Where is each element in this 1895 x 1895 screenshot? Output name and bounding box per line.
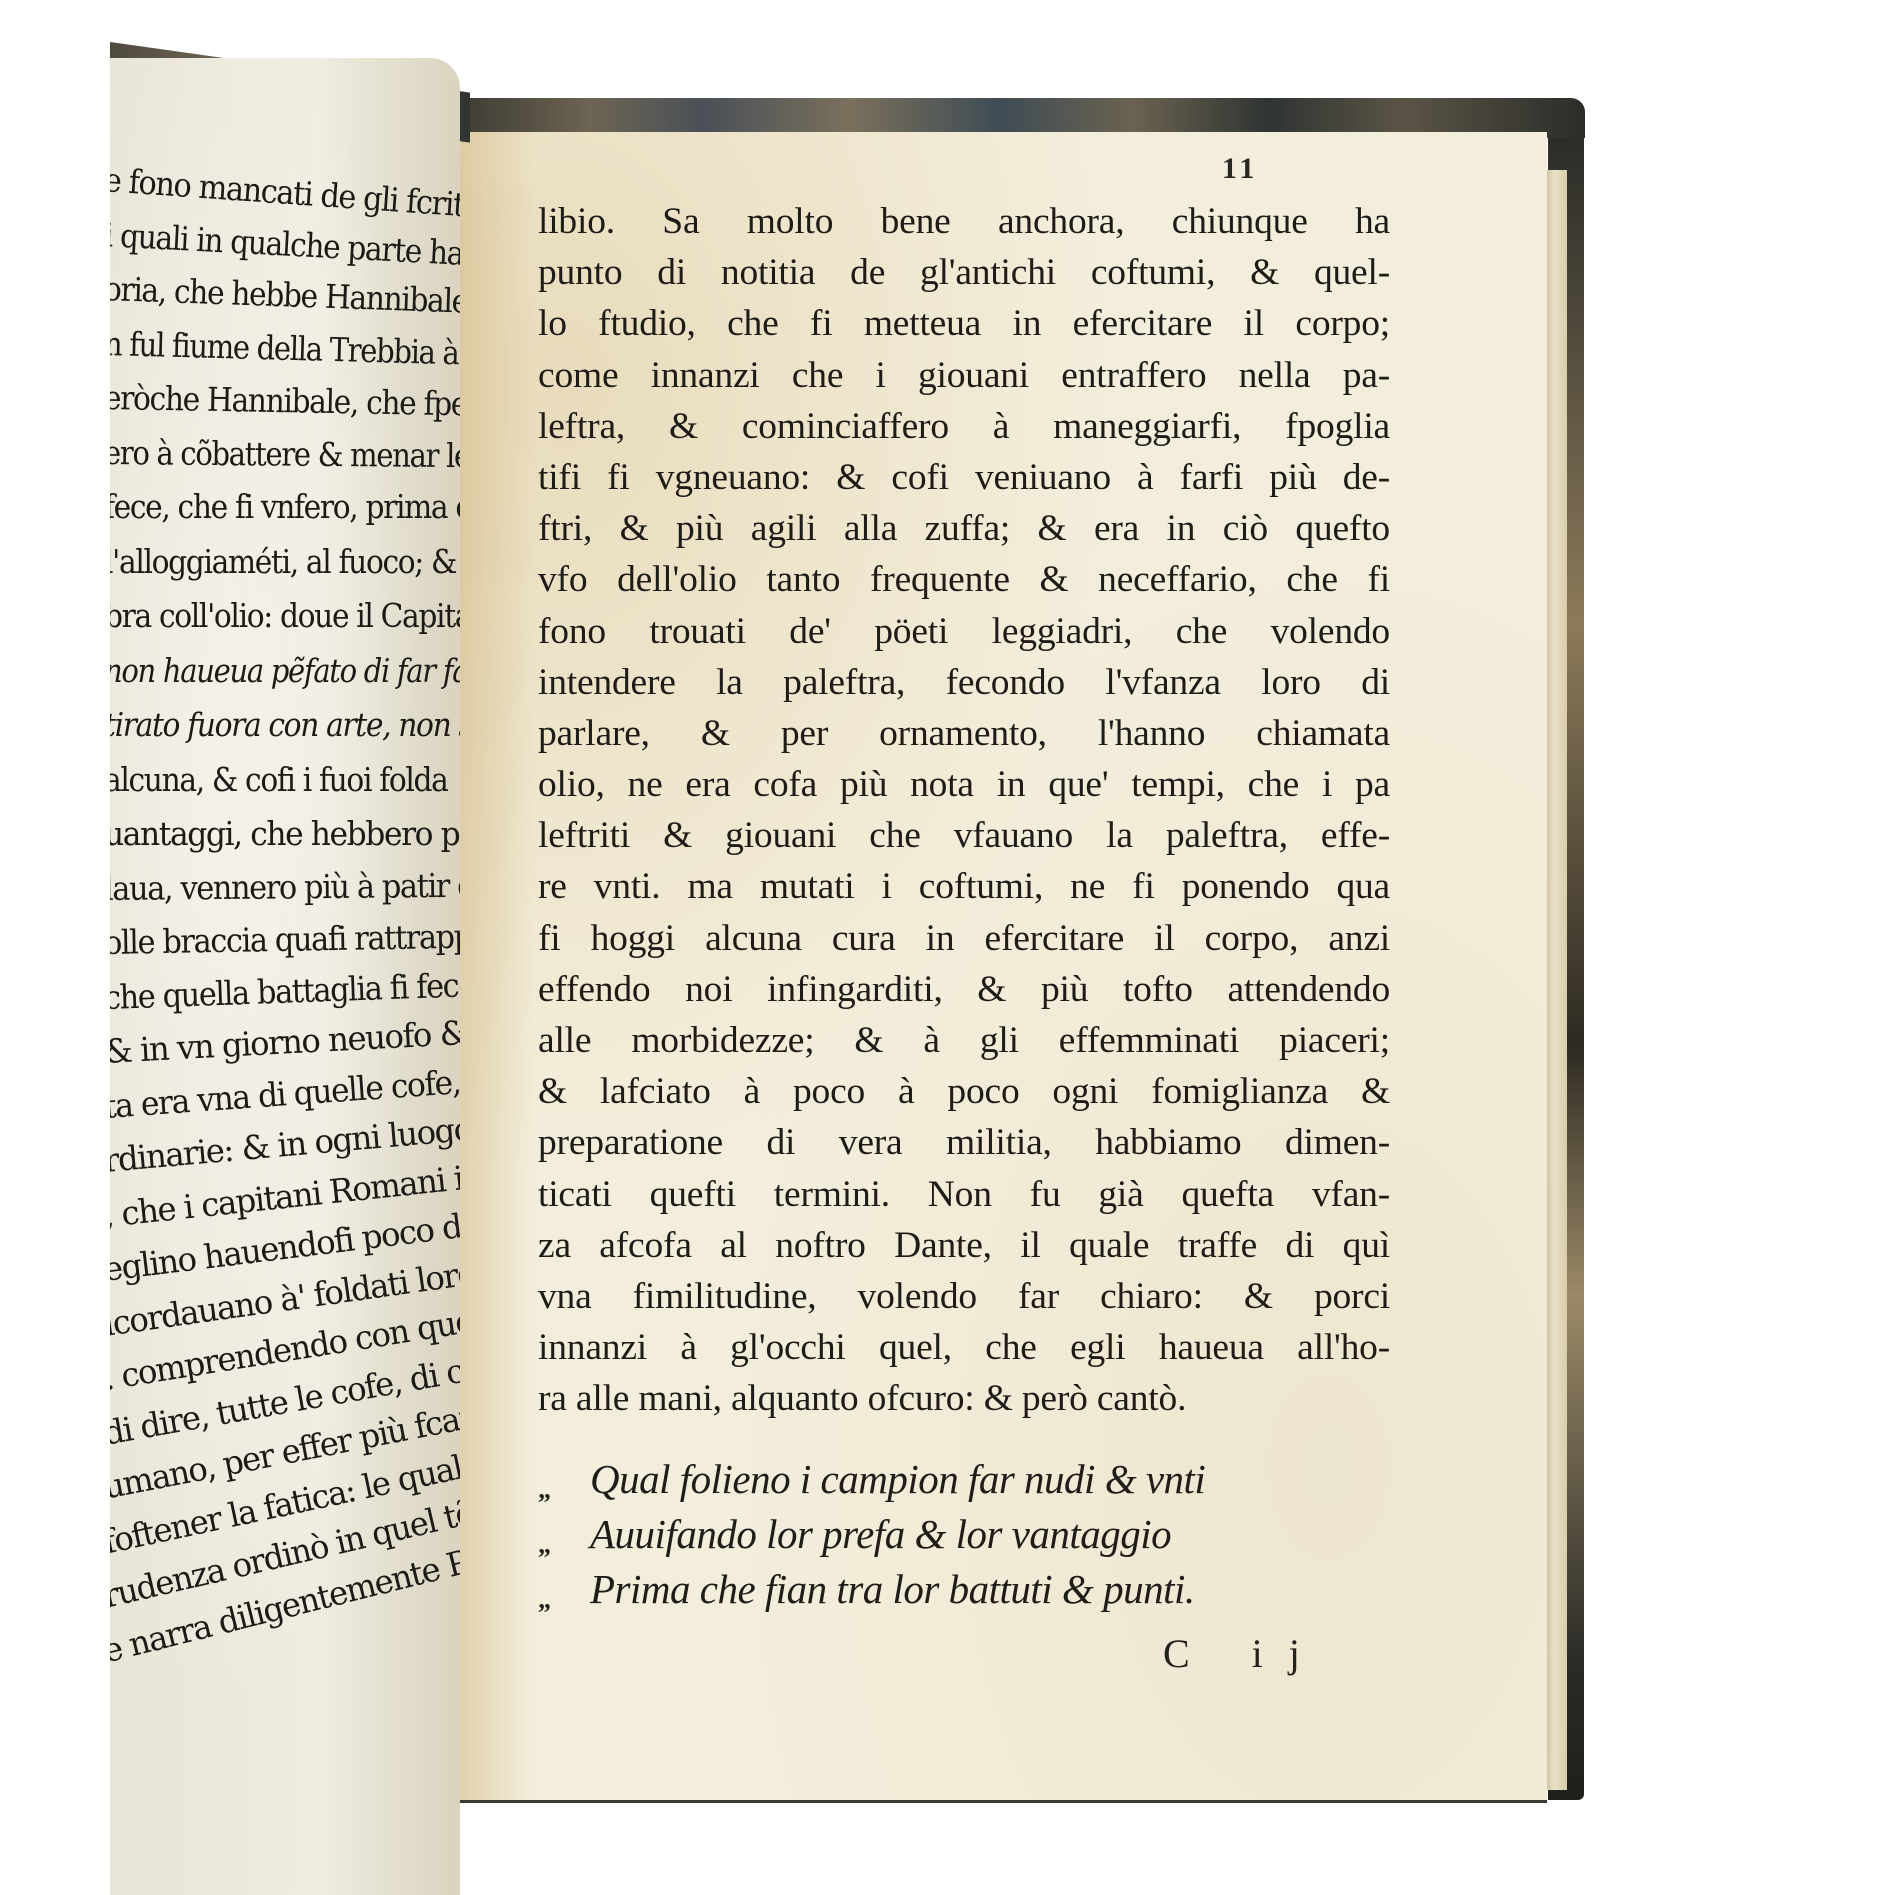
signature-mark: C ij [1163, 1630, 1326, 1677]
text-line: innanzi à gl'occhi quel, che egli haueua… [538, 1322, 1390, 1373]
text-line: l'alloggiaméti, al fuoco; & c [110, 535, 437, 590]
text-line: leftriti & giouani che vfauano la paleft… [538, 810, 1390, 861]
verse-line: „Qual folieno i campion far nudi & vnti [538, 1452, 1398, 1507]
text-line: lo ftudio, che fi metteua in efercitare … [538, 298, 1390, 349]
book-photo: 11 libio. Sa molto bene anchora, chiunqu… [0, 0, 1895, 1895]
gutter-shadow [455, 132, 535, 1800]
text-line: alle morbidezze; & à gli effemminati pia… [538, 1015, 1390, 1066]
text-line: ticati quefti termini. Non fu già quefta… [538, 1169, 1390, 1220]
verse-line: „Auuifando lor prefa & lor vantaggio [538, 1507, 1398, 1562]
text-line: fono trouati de' pöeti leggiadri, che vo… [538, 606, 1390, 657]
text-line: alcuna, & cofi i fuoi folda [110, 753, 437, 808]
text-line: punto di notitia de gl'antichi coftumi, … [538, 247, 1390, 298]
text-line: vfo dell'olio tanto frequente & neceffar… [538, 554, 1390, 605]
text-line: intendere la paleftra, fecondo l'vfanza … [538, 657, 1390, 708]
text-line: & lafciato à poco à poco ogni fomiglianz… [538, 1066, 1390, 1117]
text-line: ftri, & più agili alla zuffa; & era in c… [538, 503, 1390, 554]
page-fore-edge [1545, 170, 1567, 1790]
text-line: olio, ne era cofa più nota in que' tempi… [538, 759, 1390, 810]
text-line: bra coll'olio: doue il Capita [110, 589, 437, 644]
text-line: parlare, & per ornamento, l'hanno chiama… [538, 708, 1390, 759]
quotation-mark-icon: „ [538, 1572, 590, 1627]
text-line: preparatione di vera militia, habbiamo d… [538, 1117, 1390, 1168]
text-line: uantaggi, che hebbero pe [110, 807, 456, 862]
left-page-body: e fono mancati de gli fcrittori i quali … [110, 153, 460, 1679]
text-line: fece, che fi vnfero, prima ch [110, 480, 437, 535]
text-line: laua, vennero più à patir d [110, 859, 445, 916]
right-page-body: libio. Sa molto bene anchora, chiunque h… [538, 196, 1390, 1425]
text-line: ra alle mani, alquanto ofcuro: & però ca… [538, 1373, 1390, 1424]
verse-quotation: „Qual folieno i campion far nudi & vnti … [538, 1452, 1398, 1617]
text-line: fi hoggi alcuna cura in efercitare il co… [538, 913, 1390, 964]
text-line: libio. Sa molto bene anchora, chiunque h… [538, 196, 1390, 247]
text-line: ero à cõbattere & menar le ma [110, 426, 430, 483]
text-line: come innanzi che i giouani entraffero ne… [538, 350, 1390, 401]
verse-line: „Prima che fian tra lor battuti & punti. [538, 1562, 1398, 1617]
page-number: 11 [1222, 152, 1258, 186]
text-line: re vnti. ma mutati i coftumi, ne fi pone… [538, 861, 1390, 912]
text-line: vna fimilitudine, volendo far chiaro: & … [538, 1271, 1390, 1322]
text-line: tirato fuora con arte, non s [110, 698, 437, 753]
text-line: non haueua pẽfato di far fare [110, 644, 430, 699]
text-line: leftra, & cominciaffero à maneggiarfi, f… [538, 401, 1390, 452]
left-page: e fono mancati de gli fcrittori i quali … [110, 58, 460, 1895]
text-line: n ful fiume della Trebbia à que [110, 317, 430, 380]
text-line: tifi fi vgneuano: & cofi veniuano à farf… [538, 452, 1390, 503]
text-line: effendo noi infingarditi, & più tofto at… [538, 964, 1390, 1015]
text-line: eròche Hannibale, che fpera [110, 371, 437, 431]
text-line: za afcofa al noftro Dante, il quale traf… [538, 1220, 1390, 1271]
